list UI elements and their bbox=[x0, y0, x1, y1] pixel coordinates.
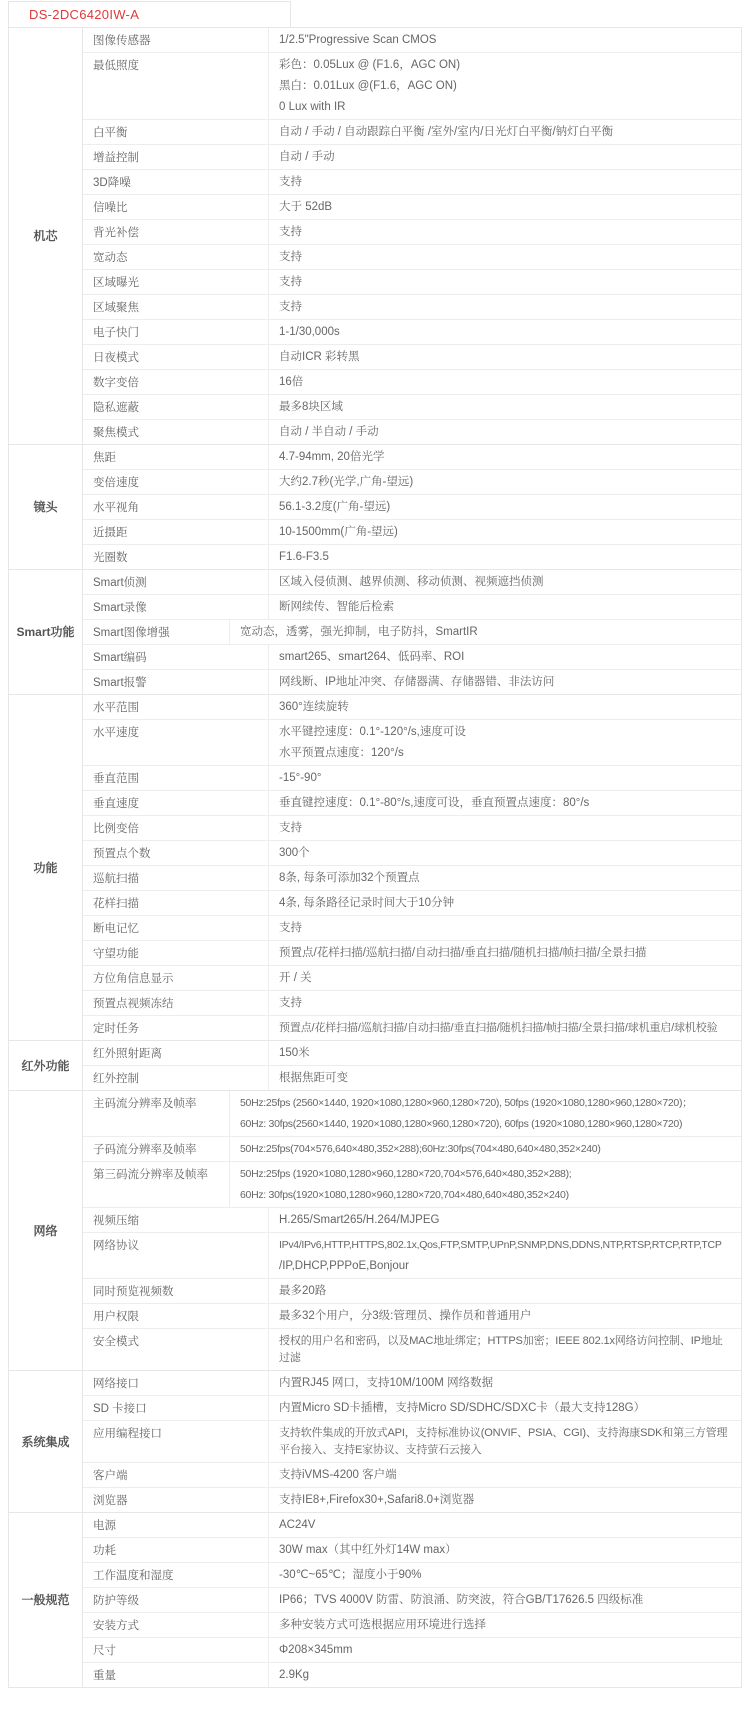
spec-table: 机芯 图像传感器 1/2.5"Progressive Scan CMOS 最低照… bbox=[8, 27, 742, 1688]
spec-name-cell: 光圈数 bbox=[83, 545, 269, 569]
spec-row: 图像传感器 1/2.5"Progressive Scan CMOS bbox=[83, 28, 741, 53]
spec-name-cell: SD 卡接口 bbox=[83, 1396, 269, 1420]
spec-value-line: 50Hz:25fps(704×576,640×480,352×288);60Hz… bbox=[240, 1141, 731, 1158]
spec-value-line: IP66；TVS 4000V 防雷、防浪涌、防突波，符合GB/T17626.5 … bbox=[279, 1592, 731, 1609]
spec-name-cell: 比例变倍 bbox=[83, 816, 269, 840]
spec-value-cell: 内置RJ45 网口，支持10M/100M 网络数据 bbox=[269, 1371, 741, 1395]
spec-name-cell: 水平范围 bbox=[83, 695, 269, 719]
spec-section: 功能 水平范围 360°连续旋转 水平速度 水平键控速度：0.1°-120°/s… bbox=[9, 695, 741, 1041]
spec-value-line: 60Hz: 30fps(2560×1440, 1920×1080,1280×96… bbox=[240, 1116, 731, 1133]
spec-value-cell: 支持IE8+,Firefox30+,Safari8.0+浏览器 bbox=[269, 1488, 741, 1512]
category-cell: Smart功能 bbox=[9, 570, 83, 694]
spec-value-line: 多种安装方式可选根据应用环境进行选择 bbox=[279, 1617, 731, 1634]
spec-name-cell: 网络接口 bbox=[83, 1371, 269, 1395]
spec-value-line: 网线断、IP地址冲突、存储器满、存储器错、非法访问 bbox=[279, 674, 731, 691]
spec-row: 隐私遮蔽 最多8块区域 bbox=[83, 395, 741, 420]
spec-row: 重量 2.9Kg bbox=[83, 1663, 741, 1687]
spec-row: 日夜模式 自动ICR 彩转黑 bbox=[83, 345, 741, 370]
spec-name-cell: 网络协议 bbox=[83, 1233, 269, 1278]
spec-row: 尺寸 Φ208×345mm bbox=[83, 1638, 741, 1663]
spec-row: 信噪比 大于 52dB bbox=[83, 195, 741, 220]
spec-name-cell: 增益控制 bbox=[83, 145, 269, 169]
spec-value-cell: 16倍 bbox=[269, 370, 741, 394]
spec-value-cell: 大约2.7秒(光学,广角-望远) bbox=[269, 470, 741, 494]
spec-value-cell: 水平键控速度：0.1°-120°/s,速度可设水平预置点速度：120°/s bbox=[269, 720, 741, 765]
category-cell: 机芯 bbox=[9, 28, 83, 444]
spec-value-cell: 1/2.5"Progressive Scan CMOS bbox=[269, 28, 741, 52]
spec-row: 增益控制 自动 / 手动 bbox=[83, 145, 741, 170]
spec-row: 光圈数 F1.6-F3.5 bbox=[83, 545, 741, 569]
spec-name-cell: 功耗 bbox=[83, 1538, 269, 1562]
spec-value-cell: 360°连续旋转 bbox=[269, 695, 741, 719]
spec-value-cell: F1.6-F3.5 bbox=[269, 545, 741, 569]
spec-row: 网络接口 内置RJ45 网口，支持10M/100M 网络数据 bbox=[83, 1371, 741, 1396]
spec-name-cell: 断电记忆 bbox=[83, 916, 269, 940]
category-cell: 一般规范 bbox=[9, 1513, 83, 1687]
spec-name-cell: 预置点个数 bbox=[83, 841, 269, 865]
spec-value-cell: 支持 bbox=[269, 170, 741, 194]
spec-value-line: 300个 bbox=[279, 845, 731, 862]
spec-value-cell: 支持 bbox=[269, 916, 741, 940]
spec-value-cell: 支持 bbox=[269, 991, 741, 1015]
spec-name-cell: 日夜模式 bbox=[83, 345, 269, 369]
spec-name-cell: 垂直速度 bbox=[83, 791, 269, 815]
category-cell: 网络 bbox=[9, 1091, 83, 1370]
spec-value-line: 1-1/30,000s bbox=[279, 324, 731, 341]
spec-row: 工作温度和湿度 -30℃~65℃；湿度小于90% bbox=[83, 1563, 741, 1588]
spec-name-cell: 近摄距 bbox=[83, 520, 269, 544]
spec-value-cell: 最多32个用户，分3级:管理员、操作员和普通用户 bbox=[269, 1304, 741, 1328]
spec-row: 安装方式 多种安装方式可选根据应用环境进行选择 bbox=[83, 1613, 741, 1638]
spec-page: DS-2DC6420IW-A 机芯 图像传感器 1/2.5"Progressiv… bbox=[0, 0, 750, 1696]
spec-row: 最低照度 彩色：0.05Lux @ (F1.6，AGC ON)黑白：0.01Lu… bbox=[83, 53, 741, 120]
spec-row: 水平速度 水平键控速度：0.1°-120°/s,速度可设水平预置点速度：120°… bbox=[83, 720, 741, 766]
spec-value-line: 自动 / 手动 / 自动跟踪白平衡 /室外/室内/日光灯白平衡/钠灯白平衡 bbox=[279, 124, 731, 141]
spec-section: Smart功能 Smart侦测 区域入侵侦测、越界侦测、移动侦测、视频遮挡侦测 … bbox=[9, 570, 741, 695]
spec-value-line: 支持 bbox=[279, 249, 731, 266]
spec-value-cell: 30W max（其中红外灯14W max） bbox=[269, 1538, 741, 1562]
spec-row: Smart图像增强 宽动态，透雾，强光抑制，电子防抖，SmartIR bbox=[83, 620, 741, 645]
spec-value-line: 区域入侵侦测、越界侦测、移动侦测、视频遮挡侦测 bbox=[279, 574, 731, 591]
spec-value-cell: 支持 bbox=[269, 270, 741, 294]
page-title: DS-2DC6420IW-A bbox=[29, 7, 139, 22]
category-cell: 红外功能 bbox=[9, 1041, 83, 1090]
spec-value-line: 10-1500mm(广角-望远) bbox=[279, 524, 731, 541]
category-cell: 系统集成 bbox=[9, 1371, 83, 1512]
spec-name-cell: 焦距 bbox=[83, 445, 269, 469]
spec-name-cell: 浏览器 bbox=[83, 1488, 269, 1512]
spec-section: 镜头 焦距 4.7-94mm, 20倍光学 变倍速度 大约2.7秒(光学,广角-… bbox=[9, 445, 741, 570]
spec-value-cell: 50Hz:25fps (1920×1080,1280×960,1280×720,… bbox=[230, 1162, 741, 1207]
spec-value-cell: 支持iVMS-4200 客户端 bbox=[269, 1463, 741, 1487]
spec-value-line: 彩色：0.05Lux @ (F1.6，AGC ON) bbox=[279, 57, 731, 74]
section-rows: 图像传感器 1/2.5"Progressive Scan CMOS 最低照度 彩… bbox=[83, 28, 741, 444]
spec-value-line: -30℃~65℃；湿度小于90% bbox=[279, 1567, 731, 1584]
spec-row: 宽动态 支持 bbox=[83, 245, 741, 270]
spec-value-line: -15°-90° bbox=[279, 770, 731, 787]
spec-value-line: Φ208×345mm bbox=[279, 1642, 731, 1659]
spec-value-line: 0 Lux with IR bbox=[279, 99, 731, 116]
spec-value-line: /IP,DHCP,PPPoE,Bonjour bbox=[279, 1258, 731, 1275]
spec-value-line: smart265、smart264、低码率、ROI bbox=[279, 649, 731, 666]
spec-value-cell: 彩色：0.05Lux @ (F1.6，AGC ON)黑白：0.01Lux @(F… bbox=[269, 53, 741, 119]
spec-row: Smart报警 网线断、IP地址冲突、存储器满、存储器错、非法访问 bbox=[83, 670, 741, 694]
spec-name-cell: 安全模式 bbox=[83, 1329, 269, 1370]
spec-value-cell: 支持 bbox=[269, 245, 741, 269]
spec-value-cell: 8条, 每条可添加32个预置点 bbox=[269, 866, 741, 890]
spec-value-cell: 自动 / 半自动 / 手动 bbox=[269, 420, 741, 444]
spec-row: 预置点个数 300个 bbox=[83, 841, 741, 866]
spec-value-cell: 300个 bbox=[269, 841, 741, 865]
spec-value-line: 支持 bbox=[279, 224, 731, 241]
spec-value-line: 预置点/花样扫描/巡航扫描/自动扫描/垂直扫描/随机扫描/帧扫描/全景扫描/球机… bbox=[279, 1020, 731, 1037]
spec-value-line: 支持 bbox=[279, 299, 731, 316]
spec-value-line: 垂直键控速度：0.1°-80°/s,速度可设，垂直预置点速度：80°/s bbox=[279, 795, 731, 812]
spec-value-cell: 网线断、IP地址冲突、存储器满、存储器错、非法访问 bbox=[269, 670, 741, 694]
spec-name-cell: 工作温度和湿度 bbox=[83, 1563, 269, 1587]
spec-value-cell: 自动 / 手动 bbox=[269, 145, 741, 169]
spec-value-line: 30W max（其中红外灯14W max） bbox=[279, 1542, 731, 1559]
spec-name-cell: 第三码流分辨率及帧率 bbox=[83, 1162, 230, 1207]
spec-value-cell: AC24V bbox=[269, 1513, 741, 1537]
spec-value-line: 大于 52dB bbox=[279, 199, 731, 216]
spec-name-cell: 同时预览视频数 bbox=[83, 1279, 269, 1303]
spec-name-cell: 巡航扫描 bbox=[83, 866, 269, 890]
spec-name-cell: 红外照射距离 bbox=[83, 1041, 269, 1065]
spec-row: 水平范围 360°连续旋转 bbox=[83, 695, 741, 720]
spec-value-cell: 4.7-94mm, 20倍光学 bbox=[269, 445, 741, 469]
spec-row: 比例变倍 支持 bbox=[83, 816, 741, 841]
spec-row: 客户端 支持iVMS-4200 客户端 bbox=[83, 1463, 741, 1488]
section-rows: 网络接口 内置RJ45 网口，支持10M/100M 网络数据 SD 卡接口 内置… bbox=[83, 1371, 741, 1512]
spec-row: 网络协议 IPv4/IPv6,HTTP,HTTPS,802.1x,Qos,FTP… bbox=[83, 1233, 741, 1279]
spec-value-line: 宽动态，透雾，强光抑制，电子防抖，SmartIR bbox=[240, 624, 731, 641]
spec-value-cell: 断网续传、智能后检索 bbox=[269, 595, 741, 619]
spec-name-cell: 隐私遮蔽 bbox=[83, 395, 269, 419]
spec-row: 电源 AC24V bbox=[83, 1513, 741, 1538]
spec-value-line: 授权的用户名和密码，以及MAC地址绑定；HTTPS加密；IEEE 802.1x网… bbox=[279, 1333, 731, 1367]
spec-value-line: 支持 bbox=[279, 174, 731, 191]
spec-name-cell: 背光补偿 bbox=[83, 220, 269, 244]
spec-row: 巡航扫描 8条, 每条可添加32个预置点 bbox=[83, 866, 741, 891]
spec-name-cell: Smart图像增强 bbox=[83, 620, 230, 644]
spec-name-cell: Smart编码 bbox=[83, 645, 269, 669]
spec-name-cell: 防护等级 bbox=[83, 1588, 269, 1612]
spec-row: 水平视角 56.1-3.2度(广角-望远) bbox=[83, 495, 741, 520]
spec-value-line: AC24V bbox=[279, 1517, 731, 1534]
spec-name-cell: 3D降噪 bbox=[83, 170, 269, 194]
spec-value-line: 支持IE8+,Firefox30+,Safari8.0+浏览器 bbox=[279, 1492, 731, 1509]
spec-value-line: 支持 bbox=[279, 274, 731, 291]
section-rows: 电源 AC24V 功耗 30W max（其中红外灯14W max） 工作温度和湿… bbox=[83, 1513, 741, 1687]
spec-name-cell: 白平衡 bbox=[83, 120, 269, 144]
spec-value-cell: 垂直键控速度：0.1°-80°/s,速度可设，垂直预置点速度：80°/s bbox=[269, 791, 741, 815]
spec-value-line: 支持 bbox=[279, 995, 731, 1012]
spec-name-cell: 重量 bbox=[83, 1663, 269, 1687]
section-rows: 红外照射距离 150米 红外控制 根据焦距可变 bbox=[83, 1041, 741, 1090]
spec-value-cell: 50Hz:25fps(704×576,640×480,352×288);60Hz… bbox=[230, 1137, 741, 1161]
spec-name-cell: 用户权限 bbox=[83, 1304, 269, 1328]
spec-name-cell: 守望功能 bbox=[83, 941, 269, 965]
spec-name-cell: 数字变倍 bbox=[83, 370, 269, 394]
spec-value-line: IPv4/IPv6,HTTP,HTTPS,802.1x,Qos,FTP,SMTP… bbox=[279, 1237, 731, 1254]
spec-name-cell: Smart录像 bbox=[83, 595, 269, 619]
spec-value-cell: 内置Micro SD卡插槽，支持Micro SD/SDHC/SDXC卡（最大支持… bbox=[269, 1396, 741, 1420]
spec-row: 第三码流分辨率及帧率 50Hz:25fps (1920×1080,1280×96… bbox=[83, 1162, 741, 1208]
spec-name-cell: 视频压缩 bbox=[83, 1208, 269, 1232]
spec-value-cell: IP66；TVS 4000V 防雷、防浪涌、防突波，符合GB/T17626.5 … bbox=[269, 1588, 741, 1612]
spec-value-cell: 4条, 每条路径记录时间大于10分钟 bbox=[269, 891, 741, 915]
spec-value-line: F1.6-F3.5 bbox=[279, 549, 731, 566]
spec-row: 视频压缩 H.265/Smart265/H.264/MJPEG bbox=[83, 1208, 741, 1233]
spec-value-cell: 开 / 关 bbox=[269, 966, 741, 990]
spec-name-cell: 电子快门 bbox=[83, 320, 269, 344]
spec-section: 网络 主码流分辨率及帧率 50Hz:25fps (2560×1440, 1920… bbox=[9, 1091, 741, 1371]
spec-row: Smart录像 断网续传、智能后检索 bbox=[83, 595, 741, 620]
spec-value-line: 开 / 关 bbox=[279, 970, 731, 987]
spec-value-line: 支持软件集成的开放式API，支持标准协议(ONVIF、PSIA、CGI)、支持海… bbox=[279, 1425, 731, 1459]
spec-value-cell: 10-1500mm(广角-望远) bbox=[269, 520, 741, 544]
spec-row: 3D降噪 支持 bbox=[83, 170, 741, 195]
spec-section: 机芯 图像传感器 1/2.5"Progressive Scan CMOS 最低照… bbox=[9, 28, 741, 445]
spec-value-line: 根据焦距可变 bbox=[279, 1070, 731, 1087]
spec-row: 花样扫描 4条, 每条路径记录时间大于10分钟 bbox=[83, 891, 741, 916]
spec-value-line: 50Hz:25fps (1920×1080,1280×960,1280×720,… bbox=[240, 1166, 731, 1183]
spec-row: 同时预览视频数 最多20路 bbox=[83, 1279, 741, 1304]
spec-value-line: 150米 bbox=[279, 1045, 731, 1062]
spec-value-line: 2.9Kg bbox=[279, 1667, 731, 1684]
spec-name-cell: 子码流分辨率及帧率 bbox=[83, 1137, 230, 1161]
spec-value-cell: 支持 bbox=[269, 220, 741, 244]
spec-row: 子码流分辨率及帧率 50Hz:25fps(704×576,640×480,352… bbox=[83, 1137, 741, 1162]
spec-name-cell: 区域曝光 bbox=[83, 270, 269, 294]
spec-name-cell: Smart报警 bbox=[83, 670, 269, 694]
spec-value-line: 黑白：0.01Lux @(F1.6，AGC ON) bbox=[279, 78, 731, 95]
spec-row: 区域曝光 支持 bbox=[83, 270, 741, 295]
spec-row: 近摄距 10-1500mm(广角-望远) bbox=[83, 520, 741, 545]
spec-name-cell: 安装方式 bbox=[83, 1613, 269, 1637]
spec-value-line: H.265/Smart265/H.264/MJPEG bbox=[279, 1212, 731, 1229]
spec-value-line: 自动 / 手动 bbox=[279, 149, 731, 166]
spec-row: Smart编码 smart265、smart264、低码率、ROI bbox=[83, 645, 741, 670]
spec-value-line: 支持 bbox=[279, 920, 731, 937]
spec-value-line: 8条, 每条可添加32个预置点 bbox=[279, 870, 731, 887]
spec-name-cell: 尺寸 bbox=[83, 1638, 269, 1662]
spec-row: 白平衡 自动 / 手动 / 自动跟踪白平衡 /室外/室内/日光灯白平衡/钠灯白平… bbox=[83, 120, 741, 145]
spec-section: 系统集成 网络接口 内置RJ45 网口，支持10M/100M 网络数据 SD 卡… bbox=[9, 1371, 741, 1513]
spec-value-line: 50Hz:25fps (2560×1440, 1920×1080,1280×96… bbox=[240, 1095, 731, 1112]
spec-value-line: 最多32个用户，分3级:管理员、操作员和普通用户 bbox=[279, 1308, 731, 1325]
spec-value-line: 1/2.5"Progressive Scan CMOS bbox=[279, 32, 731, 49]
spec-row: 焦距 4.7-94mm, 20倍光学 bbox=[83, 445, 741, 470]
spec-row: 红外控制 根据焦距可变 bbox=[83, 1066, 741, 1090]
spec-value-cell: 预置点/花样扫描/巡航扫描/自动扫描/垂直扫描/随机扫描/帧扫描/全景扫描 bbox=[269, 941, 741, 965]
spec-name-cell: 客户端 bbox=[83, 1463, 269, 1487]
spec-value-line: 4.7-94mm, 20倍光学 bbox=[279, 449, 731, 466]
spec-name-cell: 定时任务 bbox=[83, 1016, 269, 1040]
spec-value-cell: smart265、smart264、低码率、ROI bbox=[269, 645, 741, 669]
spec-value-line: 60Hz: 30fps(1920×1080,1280×960,1280×720,… bbox=[240, 1187, 731, 1204]
spec-value-cell: 支持软件集成的开放式API，支持标准协议(ONVIF、PSIA、CGI)、支持海… bbox=[269, 1421, 741, 1462]
spec-row: 守望功能 预置点/花样扫描/巡航扫描/自动扫描/垂直扫描/随机扫描/帧扫描/全景… bbox=[83, 941, 741, 966]
spec-value-cell: Φ208×345mm bbox=[269, 1638, 741, 1662]
spec-row: 浏览器 支持IE8+,Firefox30+,Safari8.0+浏览器 bbox=[83, 1488, 741, 1512]
spec-value-cell: 预置点/花样扫描/巡航扫描/自动扫描/垂直扫描/随机扫描/帧扫描/全景扫描/球机… bbox=[269, 1016, 741, 1040]
spec-row: 功耗 30W max（其中红外灯14W max） bbox=[83, 1538, 741, 1563]
spec-name-cell: 方位角信息显示 bbox=[83, 966, 269, 990]
model-tab[interactable]: DS-2DC6420IW-A bbox=[8, 1, 291, 27]
spec-value-line: 最多20路 bbox=[279, 1283, 731, 1300]
spec-value-line: 支持 bbox=[279, 820, 731, 837]
spec-section: 红外功能 红外照射距离 150米 红外控制 根据焦距可变 bbox=[9, 1041, 741, 1091]
spec-row: 垂直速度 垂直键控速度：0.1°-80°/s,速度可设，垂直预置点速度：80°/… bbox=[83, 791, 741, 816]
spec-name-cell: 红外控制 bbox=[83, 1066, 269, 1090]
spec-row: 区域聚焦 支持 bbox=[83, 295, 741, 320]
spec-section: 一般规范 电源 AC24V 功耗 30W max（其中红外灯14W max） 工… bbox=[9, 1513, 741, 1687]
spec-name-cell: 预置点视频冻结 bbox=[83, 991, 269, 1015]
spec-row: 电子快门 1-1/30,000s bbox=[83, 320, 741, 345]
spec-value-cell: 1-1/30,000s bbox=[269, 320, 741, 344]
spec-row: 定时任务 预置点/花样扫描/巡航扫描/自动扫描/垂直扫描/随机扫描/帧扫描/全景… bbox=[83, 1016, 741, 1040]
spec-value-cell: 大于 52dB bbox=[269, 195, 741, 219]
spec-value-line: 360°连续旋转 bbox=[279, 699, 731, 716]
spec-row: 方位角信息显示 开 / 关 bbox=[83, 966, 741, 991]
spec-row: 防护等级 IP66；TVS 4000V 防雷、防浪涌、防突波，符合GB/T176… bbox=[83, 1588, 741, 1613]
spec-value-line: 水平预置点速度：120°/s bbox=[279, 745, 731, 762]
spec-name-cell: 聚焦模式 bbox=[83, 420, 269, 444]
spec-value-line: 16倍 bbox=[279, 374, 731, 391]
spec-name-cell: 图像传感器 bbox=[83, 28, 269, 52]
spec-row: Smart侦测 区域入侵侦测、越界侦测、移动侦测、视频遮挡侦测 bbox=[83, 570, 741, 595]
spec-name-cell: 信噪比 bbox=[83, 195, 269, 219]
spec-value-line: 自动 / 半自动 / 手动 bbox=[279, 424, 731, 441]
spec-value-line: 断网续传、智能后检索 bbox=[279, 599, 731, 616]
spec-value-cell: 宽动态，透雾，强光抑制，电子防抖，SmartIR bbox=[230, 620, 741, 644]
spec-row: 主码流分辨率及帧率 50Hz:25fps (2560×1440, 1920×10… bbox=[83, 1091, 741, 1137]
spec-value-cell: 2.9Kg bbox=[269, 1663, 741, 1687]
spec-row: 红外照射距离 150米 bbox=[83, 1041, 741, 1066]
spec-name-cell: 区域聚焦 bbox=[83, 295, 269, 319]
spec-name-cell: 垂直范围 bbox=[83, 766, 269, 790]
spec-value-cell: 根据焦距可变 bbox=[269, 1066, 741, 1090]
spec-value-line: 预置点/花样扫描/巡航扫描/自动扫描/垂直扫描/随机扫描/帧扫描/全景扫描 bbox=[279, 945, 731, 962]
spec-value-cell: 区域入侵侦测、越界侦测、移动侦测、视频遮挡侦测 bbox=[269, 570, 741, 594]
spec-value-cell: 最多20路 bbox=[269, 1279, 741, 1303]
spec-value-cell: -30℃~65℃；湿度小于90% bbox=[269, 1563, 741, 1587]
spec-row: 变倍速度 大约2.7秒(光学,广角-望远) bbox=[83, 470, 741, 495]
spec-value-cell: 支持 bbox=[269, 295, 741, 319]
spec-value-cell: 支持 bbox=[269, 816, 741, 840]
spec-value-line: 内置RJ45 网口，支持10M/100M 网络数据 bbox=[279, 1375, 731, 1392]
spec-name-cell: 应用编程接口 bbox=[83, 1421, 269, 1462]
spec-name-cell: 宽动态 bbox=[83, 245, 269, 269]
spec-value-cell: 50Hz:25fps (2560×1440, 1920×1080,1280×96… bbox=[230, 1091, 741, 1136]
spec-name-cell: 水平视角 bbox=[83, 495, 269, 519]
spec-value-cell: 自动ICR 彩转黑 bbox=[269, 345, 741, 369]
spec-row: SD 卡接口 内置Micro SD卡插槽，支持Micro SD/SDHC/SDX… bbox=[83, 1396, 741, 1421]
spec-name-cell: 水平速度 bbox=[83, 720, 269, 765]
spec-value-cell: 最多8块区域 bbox=[269, 395, 741, 419]
spec-row: 聚焦模式 自动 / 半自动 / 手动 bbox=[83, 420, 741, 444]
spec-row: 垂直范围 -15°-90° bbox=[83, 766, 741, 791]
section-rows: 焦距 4.7-94mm, 20倍光学 变倍速度 大约2.7秒(光学,广角-望远)… bbox=[83, 445, 741, 569]
spec-row: 数字变倍 16倍 bbox=[83, 370, 741, 395]
spec-name-cell: 变倍速度 bbox=[83, 470, 269, 494]
category-cell: 镜头 bbox=[9, 445, 83, 569]
spec-value-line: 4条, 每条路径记录时间大于10分钟 bbox=[279, 895, 731, 912]
section-rows: 主码流分辨率及帧率 50Hz:25fps (2560×1440, 1920×10… bbox=[83, 1091, 741, 1370]
spec-value-cell: -15°-90° bbox=[269, 766, 741, 790]
spec-value-line: 56.1-3.2度(广角-望远) bbox=[279, 499, 731, 516]
spec-row: 断电记忆 支持 bbox=[83, 916, 741, 941]
spec-value-cell: IPv4/IPv6,HTTP,HTTPS,802.1x,Qos,FTP,SMTP… bbox=[269, 1233, 741, 1278]
spec-name-cell: Smart侦测 bbox=[83, 570, 269, 594]
category-cell: 功能 bbox=[9, 695, 83, 1040]
spec-name-cell: 花样扫描 bbox=[83, 891, 269, 915]
spec-value-cell: 150米 bbox=[269, 1041, 741, 1065]
spec-value-line: 支持iVMS-4200 客户端 bbox=[279, 1467, 731, 1484]
spec-row: 安全模式 授权的用户名和密码，以及MAC地址绑定；HTTPS加密；IEEE 80… bbox=[83, 1329, 741, 1370]
spec-value-line: 水平键控速度：0.1°-120°/s,速度可设 bbox=[279, 724, 731, 741]
spec-value-line: 最多8块区域 bbox=[279, 399, 731, 416]
spec-name-cell: 主码流分辨率及帧率 bbox=[83, 1091, 230, 1136]
spec-row: 预置点视频冻结 支持 bbox=[83, 991, 741, 1016]
section-rows: 水平范围 360°连续旋转 水平速度 水平键控速度：0.1°-120°/s,速度… bbox=[83, 695, 741, 1040]
spec-name-cell: 最低照度 bbox=[83, 53, 269, 119]
spec-value-cell: H.265/Smart265/H.264/MJPEG bbox=[269, 1208, 741, 1232]
spec-value-line: 自动ICR 彩转黑 bbox=[279, 349, 731, 366]
spec-row: 用户权限 最多32个用户，分3级:管理员、操作员和普通用户 bbox=[83, 1304, 741, 1329]
spec-value-line: 大约2.7秒(光学,广角-望远) bbox=[279, 474, 731, 491]
spec-value-cell: 自动 / 手动 / 自动跟踪白平衡 /室外/室内/日光灯白平衡/钠灯白平衡 bbox=[269, 120, 741, 144]
spec-value-line: 内置Micro SD卡插槽，支持Micro SD/SDHC/SDXC卡（最大支持… bbox=[279, 1400, 731, 1417]
spec-value-cell: 授权的用户名和密码，以及MAC地址绑定；HTTPS加密；IEEE 802.1x网… bbox=[269, 1329, 741, 1370]
spec-row: 应用编程接口 支持软件集成的开放式API，支持标准协议(ONVIF、PSIA、C… bbox=[83, 1421, 741, 1463]
spec-row: 背光补偿 支持 bbox=[83, 220, 741, 245]
spec-value-cell: 56.1-3.2度(广角-望远) bbox=[269, 495, 741, 519]
section-rows: Smart侦测 区域入侵侦测、越界侦测、移动侦测、视频遮挡侦测 Smart录像 … bbox=[83, 570, 741, 694]
spec-name-cell: 电源 bbox=[83, 1513, 269, 1537]
spec-value-cell: 多种安装方式可选根据应用环境进行选择 bbox=[269, 1613, 741, 1637]
